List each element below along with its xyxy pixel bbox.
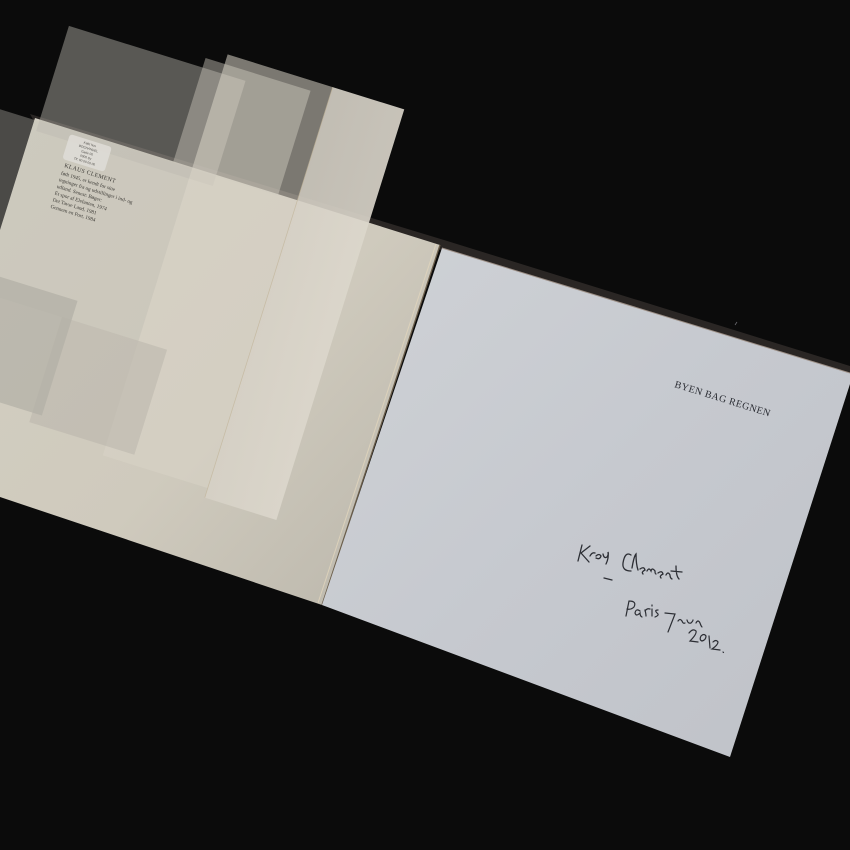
pencil-mark (735, 322, 737, 325)
book-scene: Købt hos BOGHANDEL Gade 00 0000 By Tlf. … (0, 0, 850, 850)
photo-stage: Købt hos BOGHANDEL Gade 00 0000 By Tlf. … (0, 0, 850, 850)
